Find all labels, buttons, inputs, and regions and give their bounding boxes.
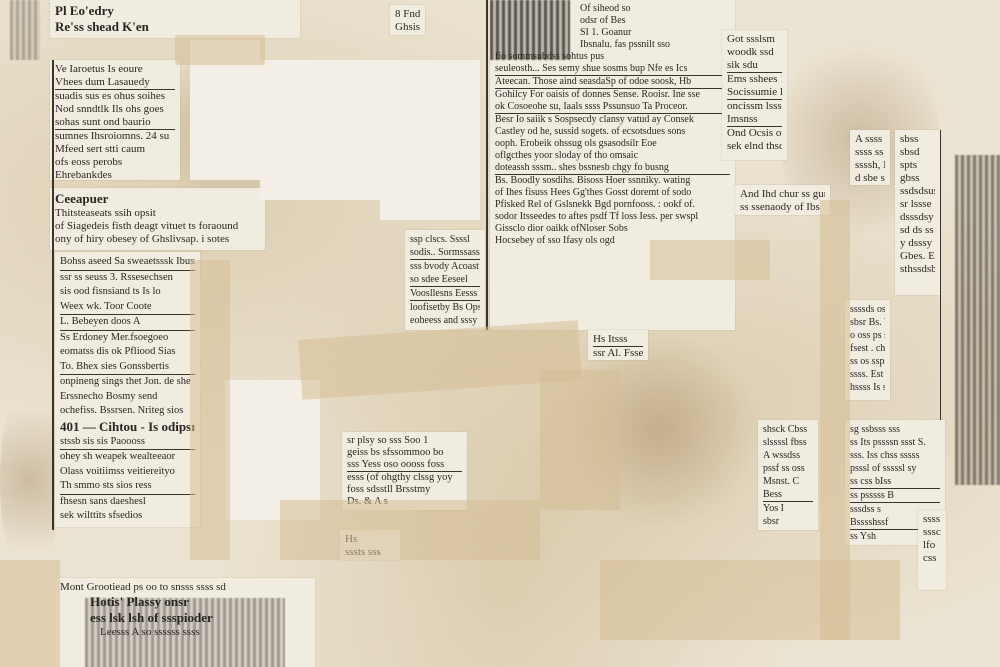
clip-text: seuleosth... Ses semy shue sosms bup Nfe… <box>495 63 730 76</box>
clip-text: Castley od he, sussid sogets. of ecsotsd… <box>495 126 730 138</box>
clipping: Hs Itsss ssr Al. Fsse <box>588 330 648 360</box>
clip-text: suadis sus es ohus soihes <box>55 90 175 103</box>
clip-text: ochefiss. Bssrsen. Nriteg sios <box>60 404 195 419</box>
clipping: And Ihd chur ss gun ss ssenaody of Ibs <box>735 185 830 215</box>
clip-text: sbsr <box>763 515 813 528</box>
column-rule <box>486 0 488 330</box>
clip-text: Bess <box>763 488 813 502</box>
clip-text: so sdee Eeseel <box>410 273 480 287</box>
clipping: ssss sssc lfo css <box>918 510 946 590</box>
ink-smudge <box>85 598 285 667</box>
clipping: Ve Iaroetus Is eoure Vhees dum Lasauedy … <box>50 60 180 180</box>
paper-stain <box>0 380 60 580</box>
tape-strip <box>600 560 900 640</box>
clip-text: sr lssse <box>900 198 935 211</box>
clip-text: ss os ssps <box>850 355 885 368</box>
tape-strip <box>650 240 770 280</box>
clipping: Mont Grootiead ps oo to snsss ssss sd Ho… <box>55 578 315 667</box>
clip-text: Bohss aseed Sa sweaetsssk Ibuss <box>60 255 195 271</box>
clip-text: Hs Itsss <box>593 333 643 347</box>
clip-text: fhsesn sans daeshesl <box>60 495 195 510</box>
clip-text: Bs. Boodly sosdihs. Bisoss Hoer ssnniky.… <box>495 175 730 187</box>
clip-text: ssr Al. Fsse <box>593 347 643 360</box>
clip-text: sek wilttits sfsedios <box>60 509 195 524</box>
clip-text: Erssnecho Bosmy send <box>60 390 195 405</box>
clip-text: spts <box>900 159 935 172</box>
clip-text: woodk ssd <box>727 46 782 59</box>
blank-paper <box>225 380 320 520</box>
clip-text: Yos I <box>763 502 813 515</box>
clip-text: Ateecan. Those aind seasdaSp of odoe soo… <box>495 76 730 89</box>
clip-text: Pfisked Rel of Gslsnekk Bgd pornfooss. :… <box>495 199 730 211</box>
clip-text: Ems sshees 1 <box>727 73 782 86</box>
clip-text: sis ood fisnsiand ts Is lo <box>60 285 195 300</box>
clip-text: ss css bIss <box>850 475 940 489</box>
clip-text: ssss <box>923 513 941 526</box>
clip-text: gbss <box>900 172 935 185</box>
clip-text: ony of hiry obesey of Ghslivsap. i sotes <box>55 233 260 246</box>
clip-text: sthssdsbd <box>900 263 935 276</box>
clip-text: sss Yess oso oooss foss <box>347 459 462 472</box>
blank-paper <box>260 60 380 200</box>
clip-text: shsck Cbss <box>763 423 813 436</box>
clip-text: of Ihes fisuss Hees Gg'thes Gosst doremt… <box>495 187 730 199</box>
clip-text: Gohilcy For oaisis of donnes Sense. Rooi… <box>495 89 730 101</box>
clip-text: ss psssss B <box>850 489 940 503</box>
clip-text: Msnst. C <box>763 475 813 488</box>
clipping: A ssss ssss ss ssssh, I d sbe ss <box>850 130 890 185</box>
clip-text: Re'ss shead K'en <box>55 19 295 35</box>
clipping: Ceeapuer Thitsteaseats ssih opsit of Sia… <box>50 188 265 250</box>
clip-text: Ve Iaroetus Is eoure <box>55 63 175 76</box>
clip-text: Got ssslsm <box>727 33 782 46</box>
clip-text: of Siagedeis fisth deagt vituet ts forao… <box>55 220 260 233</box>
clip-text: sodor Itsseedes to aftes psdf Tf loss Ie… <box>495 211 730 223</box>
clip-text: oncissm lsss <box>727 100 782 113</box>
clip-text: sik sdu <box>727 59 782 73</box>
clip-text: foss sdsstll Brsstmy <box>347 484 462 496</box>
tape-strip <box>0 560 60 667</box>
clip-text: lfo <box>923 539 941 552</box>
clip-text: sodis.. Sormssassl <box>410 246 480 260</box>
column-rule <box>52 60 54 530</box>
clip-text: sss. Iss chss sssss <box>850 449 940 462</box>
clip-text: ooph. Erobeik ohssug ols gsasodsilr Eoe <box>495 138 730 150</box>
clipping: 8 Fnd Ghsisk <box>390 5 425 35</box>
clip-text: Ond Ocsis of <box>727 127 782 140</box>
clip-text: o oss ps ss <box>850 329 885 342</box>
clip-text: Nod snndtlk Ils ohs goes <box>55 103 175 116</box>
collage-canvas: Pl Eo'edry Re'ss shead K'en Ve Iaroetus … <box>0 0 1000 667</box>
clip-text: And Ihd chur ss gun <box>740 188 825 201</box>
tape-strip <box>540 370 620 510</box>
tape-strip <box>190 260 230 560</box>
clip-text: esss (of ohgthy clssg yoy <box>347 472 462 484</box>
clip-text: sbss <box>900 133 935 146</box>
clip-text: ssr ss seuss 3. Rssesechsen <box>60 271 195 286</box>
clip-text: To. Bhex sies Gonssbertis <box>60 360 195 376</box>
clip-text: Gissclo dior oaikk ofNloser Sobs <box>495 223 730 235</box>
clip-text: Mont Grootiead ps oo to snsss ssss sd <box>60 581 310 594</box>
clipping: ssssds oss sbsr Bs. Y o oss ps ss fsest … <box>845 300 890 400</box>
clipping: sr plsy so sss Soo 1 geiss bs sfssommoo … <box>342 432 467 510</box>
clip-text: doteassh sssm.. shes bssnesb chgy fo bus… <box>495 162 730 175</box>
clip-text: sohas sunt ond baurio <box>55 116 175 130</box>
clip-text: Ghsisk <box>395 21 420 34</box>
clip-text: Ss Erdoney Mer.fsoegoeo <box>60 331 195 346</box>
clip-text: 8 Fnd <box>395 8 420 21</box>
ink-smudge <box>955 155 1000 485</box>
clip-text: ss ssenaody of Ibs <box>740 201 825 214</box>
clip-text: 401 — Cihtou - Is odipsr <box>60 419 195 435</box>
clip-text: sss bvody Acoast <box>410 260 480 273</box>
clip-text: eoheess and sssy <box>410 314 480 327</box>
clip-text: sumnes Ihsroiomns. 24 su <box>55 130 175 143</box>
clipping: Pl Eo'edry Re'ss shead K'en <box>50 0 300 38</box>
clipping: Bohss aseed Sa sweaetsssk Ibuss ssr ss s… <box>55 252 200 527</box>
clip-text: sbsd <box>900 146 935 159</box>
clip-text: dsssdsy <box>900 211 935 224</box>
clip-text: sr plsy so sss Soo 1 <box>347 435 462 447</box>
clip-text: ssssds oss <box>850 303 885 316</box>
clip-text: Gbes. Ess <box>900 250 935 263</box>
clip-text: loofisetby Bs Ops <box>410 301 480 314</box>
clipping: ssp clscs. Ssssl sodis.. Sormssassl sss … <box>405 230 485 330</box>
clip-text: ssp clscs. Ssssl <box>410 233 480 246</box>
clip-text: y dsssy <box>900 237 935 250</box>
clip-text: eomatss dis ok Pfliood Sias <box>60 345 195 360</box>
clip-text: pssf ss oss <box>763 462 813 475</box>
clip-text: onpineng sings thet Jon. de she <box>60 375 195 390</box>
clip-text: ok Cosoeohe su, Iaals ssss Pssunsuo Ta P… <box>495 101 730 114</box>
blank-paper <box>380 60 480 220</box>
clip-text: Ceeapuer <box>55 191 260 207</box>
clip-text: Mfeed sert stti caum <box>55 143 175 156</box>
clip-text: Olass voitiimss veitiereityo <box>60 465 195 480</box>
clip-text: psssl of sssssl sy <box>850 462 940 475</box>
clip-text: ssss. Est <box>850 368 885 381</box>
clip-text: Vhees dum Lasauedy <box>55 76 175 90</box>
clip-text: ofs eoss perobs <box>55 156 175 169</box>
clip-text: sd ds ss <box>900 224 935 237</box>
clip-text: sbsr Bs. Y <box>850 316 885 329</box>
clip-text: oflgcthes yoor sloday of tho omsaic <box>495 150 730 162</box>
clip-text: Pl Eo'edry <box>55 3 295 19</box>
clip-text: Thitsteaseats ssih opsit <box>55 207 260 220</box>
clip-text: Weex wk. Toor Coote <box>60 300 195 316</box>
tape-strip <box>175 35 265 65</box>
clip-text: Imsnss <box>727 113 782 127</box>
clip-text: Th smmo sts sios ress <box>60 479 195 495</box>
clip-text: d sbe ss <box>855 172 885 185</box>
clip-text: ohey sh weapek wealteeaor <box>60 450 195 465</box>
clip-text: sek elnd thsd <box>727 140 782 153</box>
clipping: shsck Cbss slssssl fbss A wssdss pssf ss… <box>758 420 818 530</box>
clip-text: css <box>923 552 941 565</box>
ink-smudge <box>10 0 40 60</box>
clip-text: Voosllesns Eesss <box>410 287 480 301</box>
clipping: Got ssslsm woodk ssd sik sdu Ems sshees … <box>722 30 787 160</box>
clip-text: fsest . chss <box>850 342 885 355</box>
tape-strip <box>280 500 540 560</box>
clip-text: ss Its pssssn ssst S. <box>850 436 940 449</box>
ink-smudge <box>490 0 570 60</box>
clip-text: L. Bebeyen doos A <box>60 315 195 331</box>
clip-text: ssss ss <box>855 146 885 159</box>
clip-text: sssc <box>923 526 941 539</box>
clip-text: slssssl fbss <box>763 436 813 449</box>
clip-text: hssss Is ss <box>850 381 885 394</box>
clip-text: ssssh, I <box>855 159 885 172</box>
clip-text: sg ssbsss sss <box>850 423 940 436</box>
clip-text: Socissumie Bis <box>727 86 782 100</box>
clip-text: Ehrebankdes <box>55 169 175 180</box>
clipping: Of siheod so odsr of Bes SI 1. Goanur Ib… <box>490 0 735 330</box>
clip-text: A wssdss <box>763 449 813 462</box>
clip-text: geiss bs sfssommoo bo <box>347 447 462 459</box>
clip-text: stssb sis sis Paoooss <box>60 435 195 451</box>
clip-text: ssdsdsus <box>900 185 935 198</box>
clip-text: Besr Io saiik s Sospsecdy clansy vatud a… <box>495 114 730 126</box>
clipping: sbss sbsd spts gbss ssdsdsus sr lssse ds… <box>895 130 940 295</box>
clip-text: A ssss <box>855 133 885 146</box>
